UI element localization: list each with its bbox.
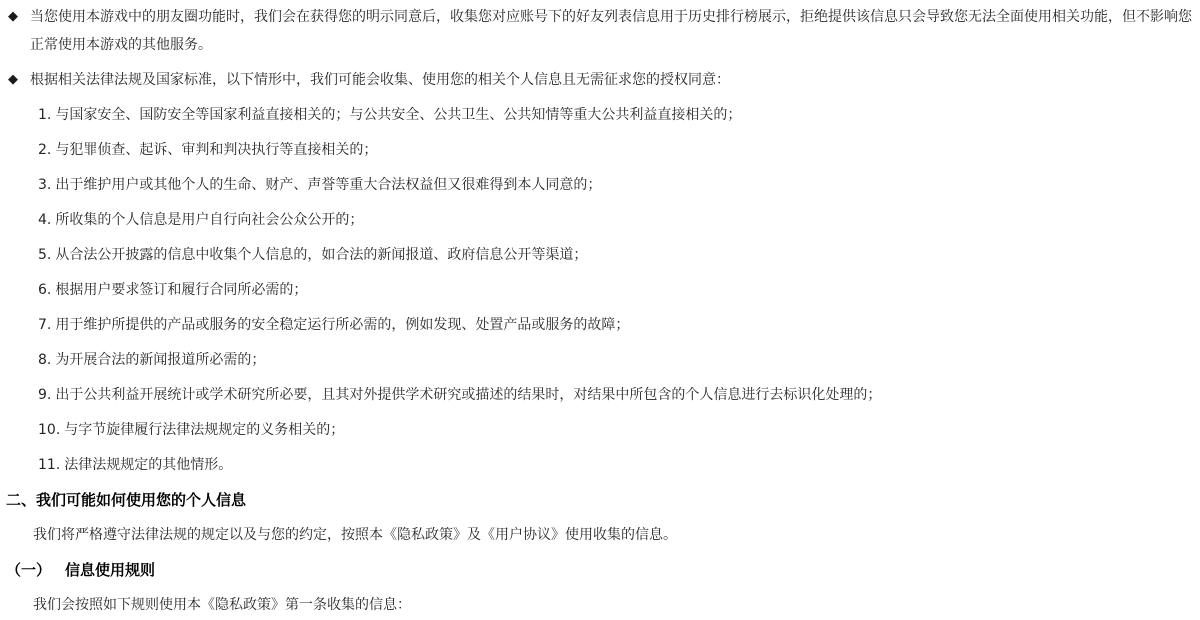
list-item: 1.与国家安全、国防安全等国家利益直接相关的；与公共安全、公共卫生、公共知情等重… <box>38 101 1196 129</box>
subsection-1-intro: 我们会按照如下规则使用本《隐私政策》第一条收集的信息： <box>33 591 1196 619</box>
item-number: 2. <box>38 142 51 158</box>
item-text: 出于公共利益开展统计或学术研究所必要，且其对外提供学术研究或描述的结果时，对结果… <box>55 387 881 403</box>
section-2-heading: 二、我们可能如何使用您的个人信息 <box>6 486 1196 514</box>
bullet-text: 当您使用本游戏中的朋友圈功能时，我们会在获得您的明示同意后，收集您对应账号下的好… <box>30 3 1196 59</box>
diamond-bullet-icon: ◆ <box>8 3 30 31</box>
item-text: 所收集的个人信息是用户自行向社会公众公开的； <box>55 212 363 228</box>
subsection-1-title: 信息使用规则 <box>65 561 155 579</box>
list-item: 8.为开展合法的新闻报道所必需的； <box>38 346 1196 374</box>
list-item: 2.与犯罪侦查、起诉、审判和判决执行等直接相关的； <box>38 136 1196 164</box>
item-number: 1. <box>38 107 51 123</box>
item-number: 3. <box>38 177 51 193</box>
item-number: 10. <box>38 422 60 438</box>
item-number: 6. <box>38 282 51 298</box>
item-text: 法律法规规定的其他情形。 <box>64 457 232 473</box>
subsection-1-label: （一） <box>6 561 51 579</box>
item-text: 从合法公开披露的信息中收集个人信息的，如合法的新闻报道、政府信息公开等渠道； <box>55 247 587 263</box>
item-number: 5. <box>38 247 51 263</box>
list-item: 10.与字节旋律履行法律法规规定的义务相关的； <box>38 416 1196 444</box>
item-text: 与字节旋律履行法律法规规定的义务相关的； <box>64 422 344 438</box>
bullet-item-legal-exemptions: ◆ 根据相关法律法规及国家标准，以下情形中，我们可能会收集、使用您的相关个人信息… <box>8 66 1196 94</box>
list-item: 3.出于维护用户或其他个人的生命、财产、声誉等重大合法权益但又很难得到本人同意的… <box>38 171 1196 199</box>
list-item: 4.所收集的个人信息是用户自行向社会公众公开的； <box>38 206 1196 234</box>
list-item: 5.从合法公开披露的信息中收集个人信息的，如合法的新闻报道、政府信息公开等渠道； <box>38 241 1196 269</box>
item-text: 用于维护所提供的产品或服务的安全稳定运行所必需的，例如发现、处置产品或服务的故障… <box>55 317 629 333</box>
list-item: 6.根据用户要求签订和履行合同所必需的； <box>38 276 1196 304</box>
item-text: 出于维护用户或其他个人的生命、财产、声誉等重大合法权益但又很难得到本人同意的； <box>55 177 601 193</box>
item-number: 8. <box>38 352 51 368</box>
bullet-item-friends-list: ◆ 当您使用本游戏中的朋友圈功能时，我们会在获得您的明示同意后，收集您对应账号下… <box>8 3 1196 59</box>
list-item: 7.用于维护所提供的产品或服务的安全稳定运行所必需的，例如发现、处置产品或服务的… <box>38 311 1196 339</box>
item-number: 7. <box>38 317 51 333</box>
list-item: 11.法律法规规定的其他情形。 <box>38 451 1196 479</box>
item-text: 与国家安全、国防安全等国家利益直接相关的；与公共安全、公共卫生、公共知情等重大公… <box>55 107 741 123</box>
bullet-text: 根据相关法律法规及国家标准，以下情形中，我们可能会收集、使用您的相关个人信息且无… <box>30 66 1196 94</box>
item-text: 为开展合法的新闻报道所必需的； <box>55 352 265 368</box>
subsection-1-heading: （一）信息使用规则 <box>6 556 1196 584</box>
privacy-policy-document: ◆ 当您使用本游戏中的朋友圈功能时，我们会在获得您的明示同意后，收集您对应账号下… <box>0 0 1200 619</box>
exemption-list: 1.与国家安全、国防安全等国家利益直接相关的；与公共安全、公共卫生、公共知情等重… <box>0 101 1196 479</box>
item-text: 根据用户要求签订和履行合同所必需的； <box>55 282 307 298</box>
list-item: 9.出于公共利益开展统计或学术研究所必要，且其对外提供学术研究或描述的结果时，对… <box>38 381 1196 409</box>
item-number: 11. <box>38 457 60 473</box>
item-text: 与犯罪侦查、起诉、审判和判决执行等直接相关的； <box>55 142 377 158</box>
diamond-bullet-icon: ◆ <box>8 66 30 94</box>
item-number: 9. <box>38 387 51 403</box>
item-number: 4. <box>38 212 51 228</box>
section-2-intro: 我们将严格遵守法律法规的规定以及与您的约定，按照本《隐私政策》及《用户协议》使用… <box>33 521 1196 549</box>
